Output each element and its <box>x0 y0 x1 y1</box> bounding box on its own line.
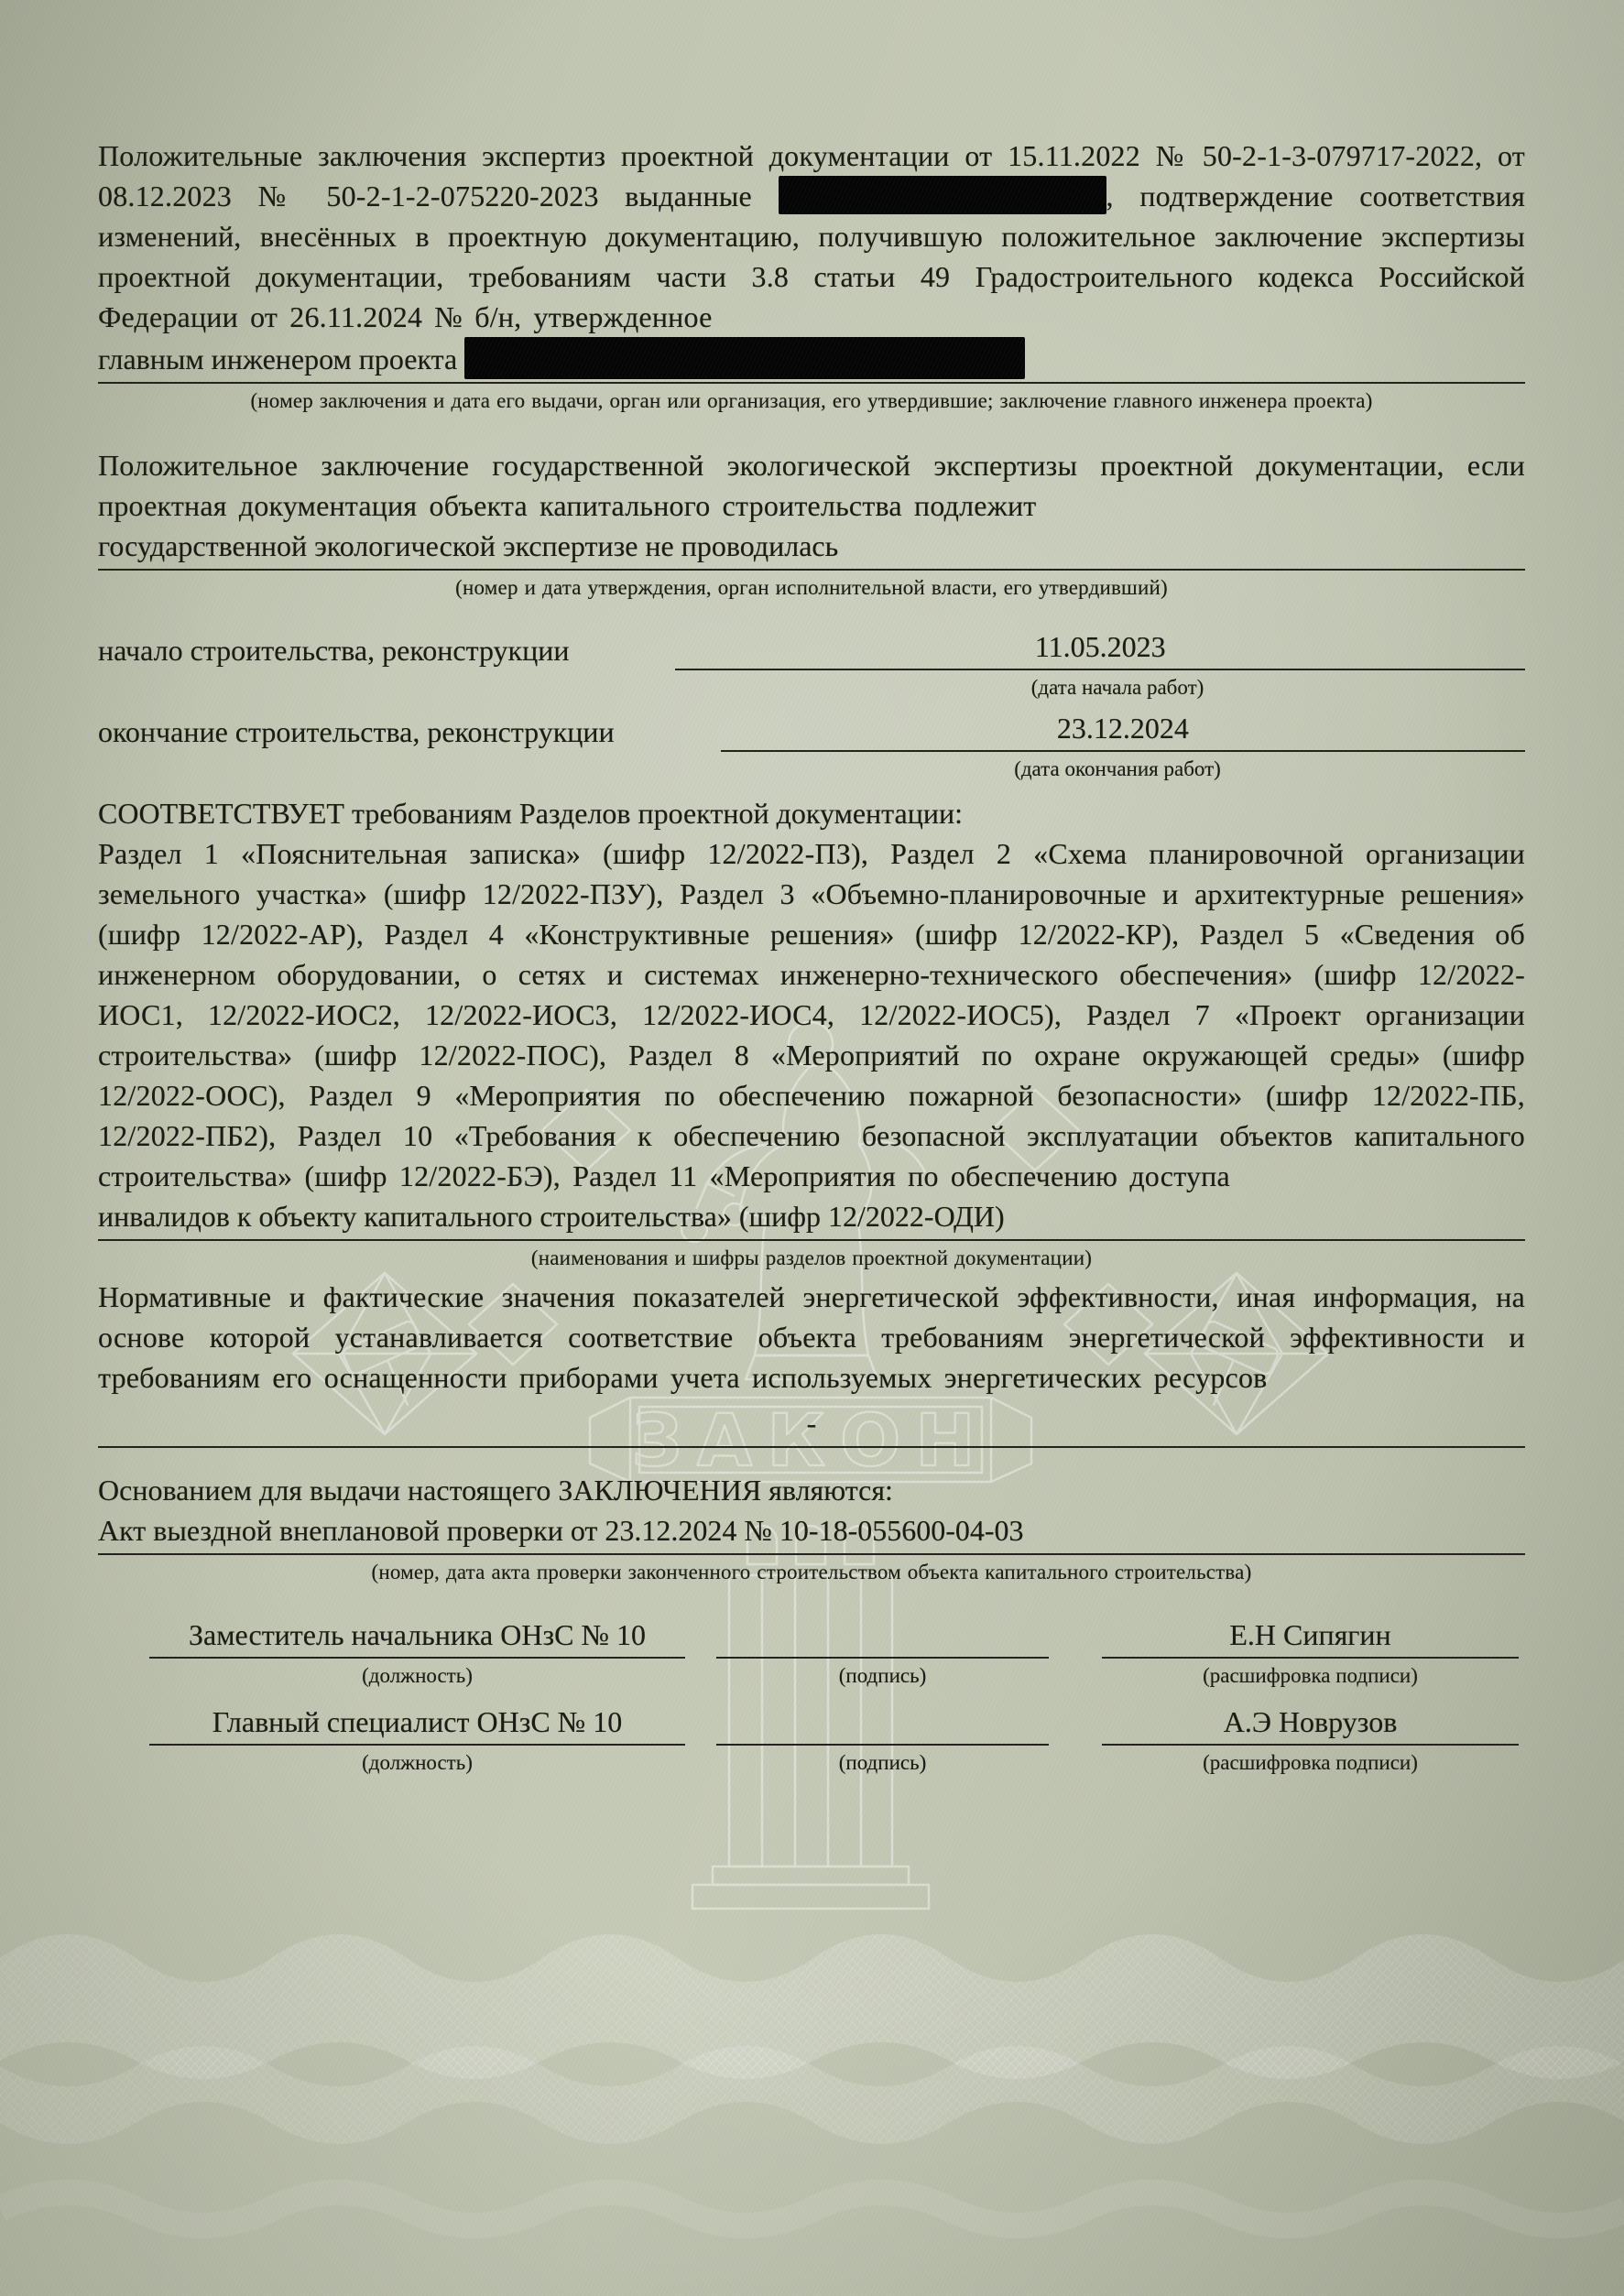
redaction-box-issuing-body <box>779 176 1106 214</box>
construction-end-caption: (дата окончания работ) <box>710 752 1525 782</box>
basis-caption: (номер, дата акта проверки законченного … <box>98 1555 1525 1585</box>
signature-field <box>716 1613 1049 1659</box>
caption-signature: (подпись) <box>716 1746 1049 1776</box>
field-row-construction-start: начало строительства, реконструкции 11.0… <box>98 626 1525 670</box>
paragraph-ecological-expertise: Положительное заключение государственной… <box>98 445 1525 526</box>
signature-captions-row: (должность) (подпись) (расшифровка подпи… <box>98 1746 1525 1776</box>
guilloche-wave-band <box>0 1887 1624 2296</box>
basis-act-underlined-line: Акт выездной внеплановой проверки от 23.… <box>98 1510 1525 1555</box>
compliance-caption: (наименования и шифры разделов проектной… <box>98 1241 1525 1271</box>
construction-start-value: 11.05.2023 <box>675 626 1525 670</box>
compliance-heading: СООТВЕТСТВУЕТ требованиям Разделов проек… <box>98 793 1525 833</box>
chief-engineer-underlined-line: главным инженером проекта <box>98 337 1525 384</box>
chief-engineer-label: главным инженером проекта <box>98 343 464 375</box>
caption-spacer <box>98 752 710 782</box>
caption-row-start-date: (дата начала работ) <box>98 670 1525 701</box>
caption-position: (должность) <box>149 1659 685 1689</box>
scanned-document-page: ЗАКОН <box>0 0 1624 2296</box>
caption-name-decipher: (расшифровка подписи) <box>1102 1659 1519 1689</box>
construction-start-caption: (дата начала работ) <box>710 670 1525 701</box>
document-content: Положительные заключения экспертиз проек… <box>98 0 1525 1776</box>
field-row-construction-end: окончание строительства, реконструкции 2… <box>98 708 1525 752</box>
basis-heading: Основанием для выдачи настоящего ЗАКЛЮЧЕ… <box>98 1470 1525 1510</box>
ecology-underlined-line: государственной экологической экспертизе… <box>98 526 1525 571</box>
construction-end-label: окончание строительства, реконструкции <box>98 712 615 752</box>
signature-name: А.Э Новрузов <box>1102 1700 1519 1746</box>
paragraph-expertise-conclusions: Положительные заключения экспертиз проек… <box>98 136 1525 337</box>
signature-field <box>716 1700 1049 1746</box>
signature-name: Е.Н Сипягин <box>1102 1613 1519 1659</box>
signature-row-deputy-head: Заместитель начальника ОНзС № 10 Е.Н Сип… <box>98 1613 1525 1659</box>
caption-spacer <box>98 670 710 701</box>
caption-position: (должность) <box>149 1746 685 1776</box>
compliance-underlined-line: инвалидов к объекту капитального строите… <box>98 1196 1525 1241</box>
redaction-box-chief-engineer <box>464 337 1025 379</box>
caption-signature: (подпись) <box>716 1659 1049 1689</box>
signature-position: Главный специалист ОНзС № 10 <box>149 1700 685 1746</box>
energy-value-underlined-line: - <box>98 1403 1525 1448</box>
signature-position: Заместитель начальника ОНзС № 10 <box>149 1613 685 1659</box>
construction-end-value: 23.12.2024 <box>721 708 1525 752</box>
caption-row-end-date: (дата окончания работ) <box>98 752 1525 782</box>
signature-row-chief-specialist: Главный специалист ОНзС № 10 А.Э Новрузо… <box>98 1700 1525 1746</box>
ecology-caption: (номер и дата утверждения, орган исполни… <box>98 571 1525 601</box>
faint-wave-line <box>0 2193 1624 2225</box>
paragraph-compliance-sections: Раздел 1 «Пояснительная записка» (шифр 1… <box>98 833 1525 1196</box>
paragraph-energy-efficiency: Нормативные и фактические значения показ… <box>98 1277 1525 1398</box>
expertise-caption: (номер заключения и дата его выдачи, орг… <box>98 384 1525 414</box>
caption-name-decipher: (расшифровка подписи) <box>1102 1746 1519 1776</box>
signature-captions-row: (должность) (подпись) (расшифровка подпи… <box>98 1659 1525 1689</box>
watermark-column-base <box>713 1866 909 1885</box>
construction-start-label: начало строительства, реконструкции <box>98 630 569 670</box>
